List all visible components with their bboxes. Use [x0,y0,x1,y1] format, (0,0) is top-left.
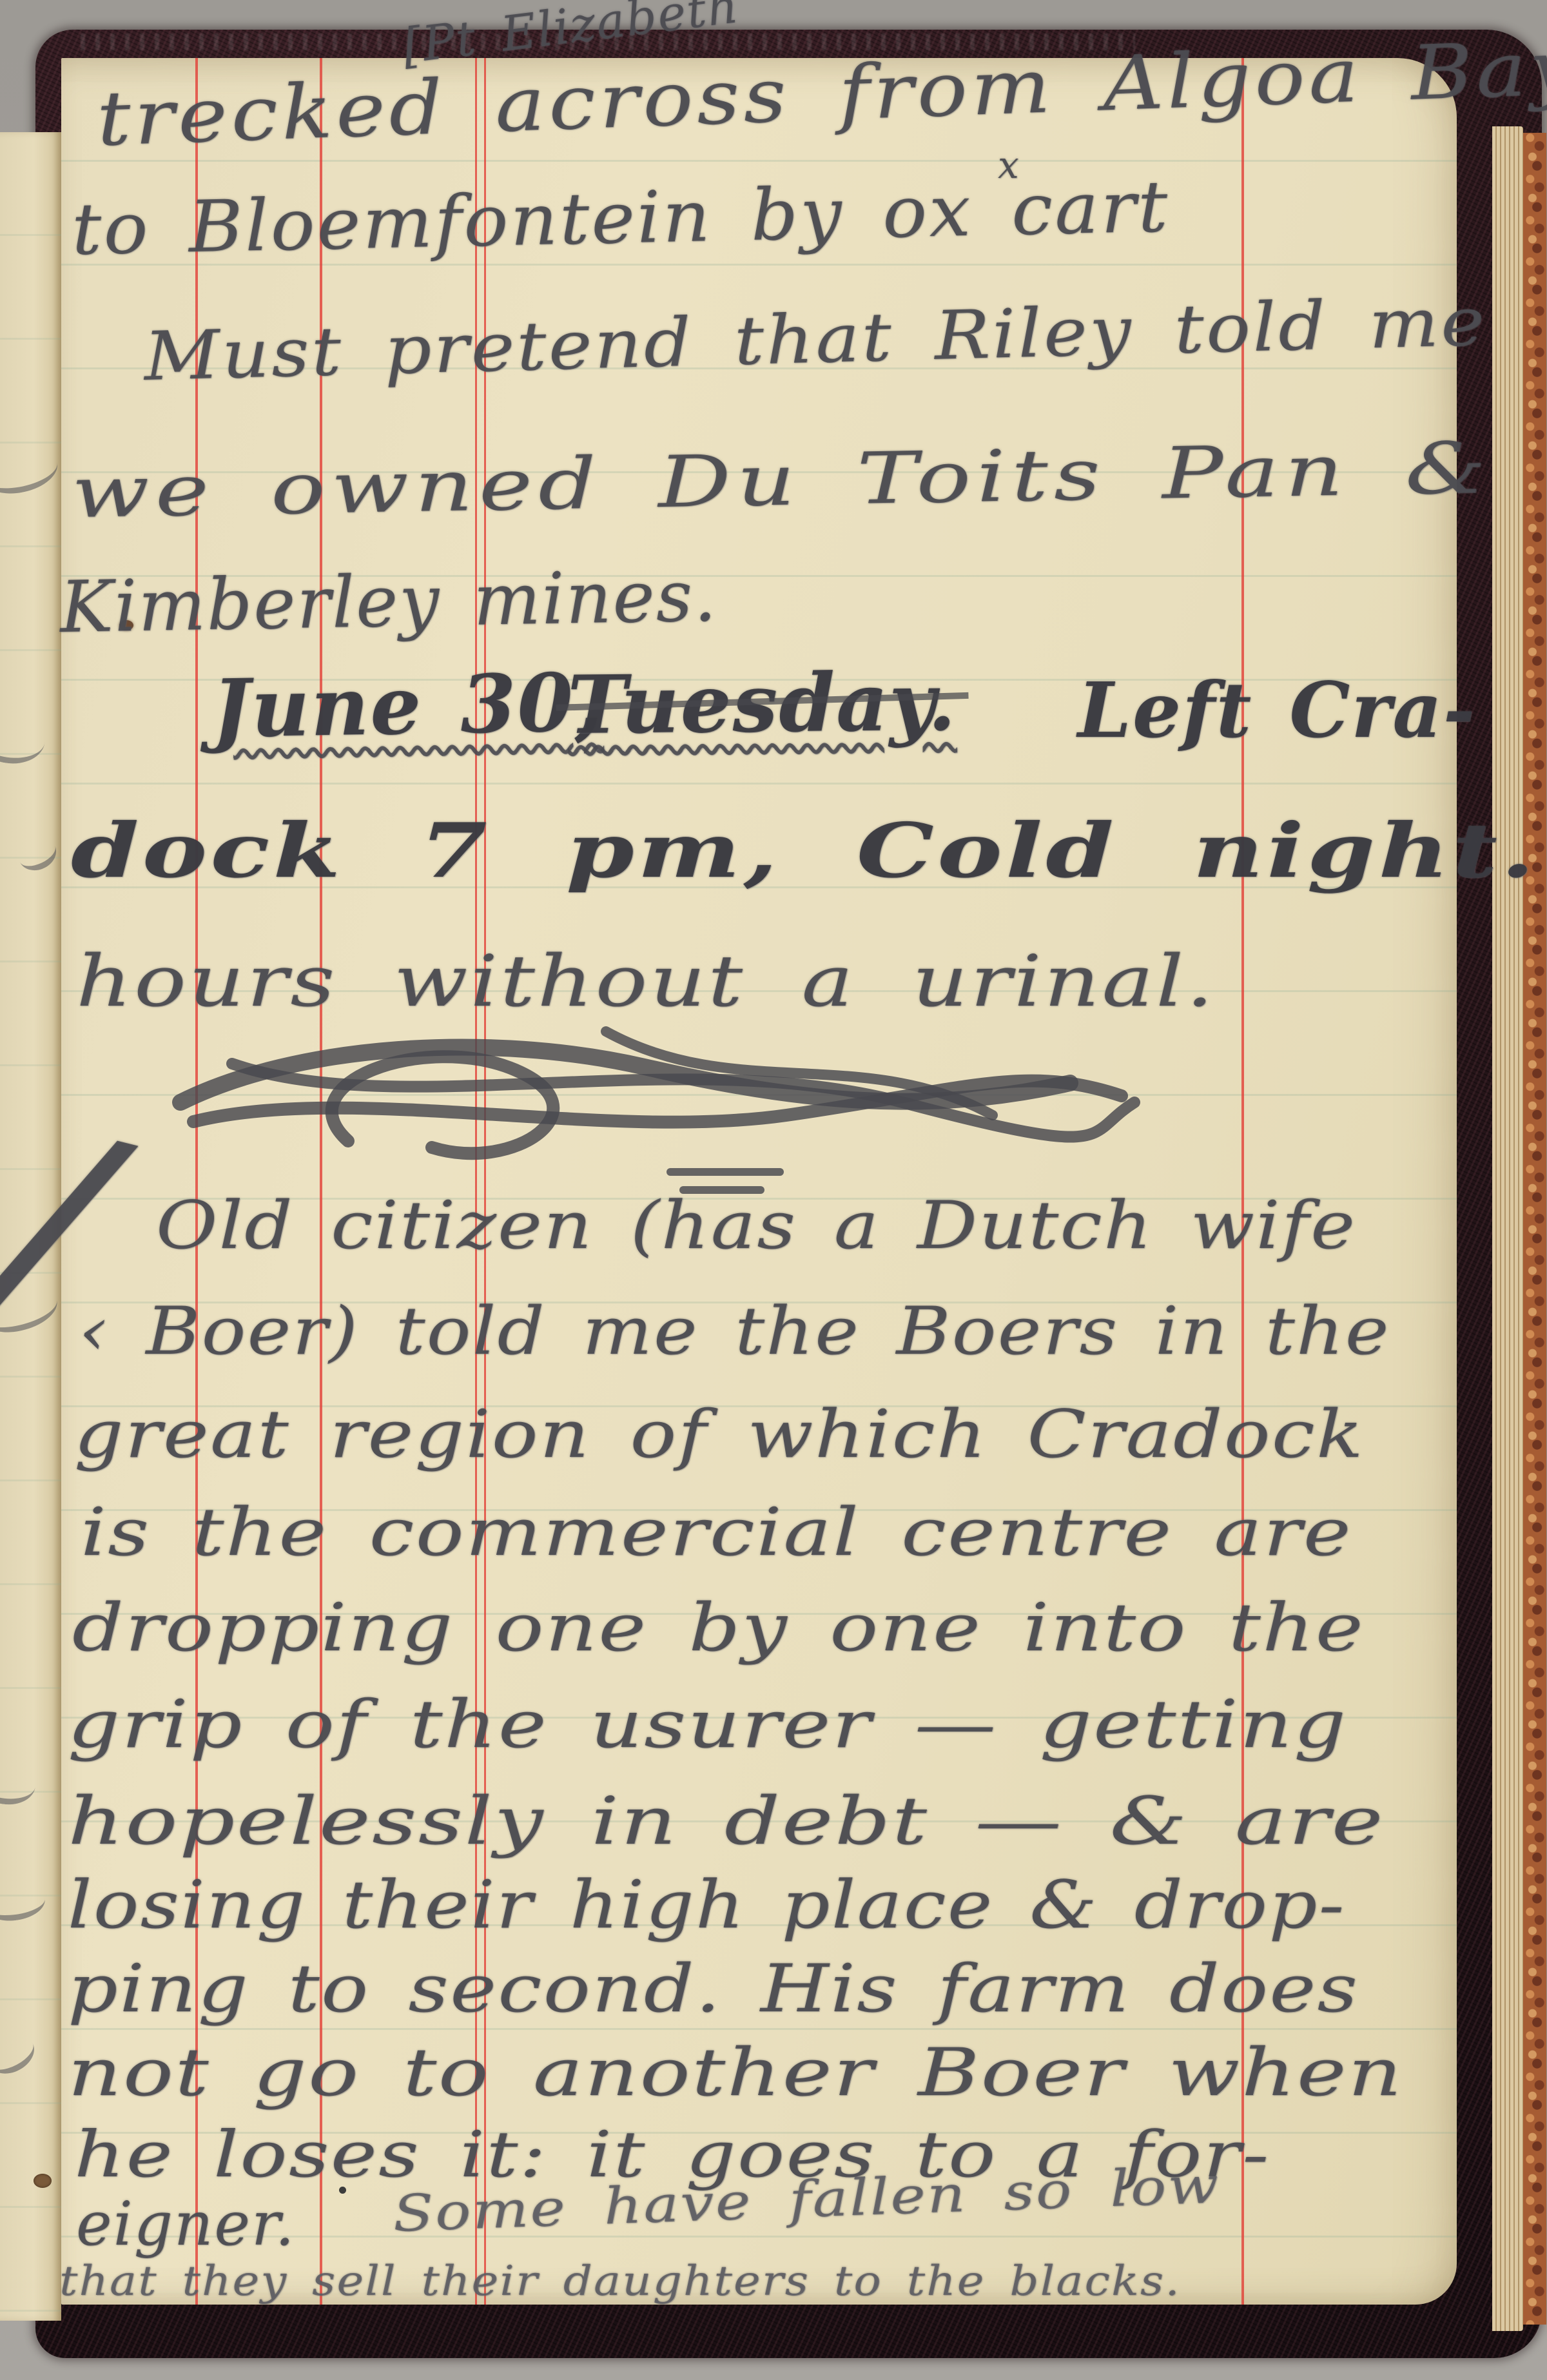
handwritten-line-l18: ping to second. His farm does [68,1951,1359,2027]
handwritten-line-l2: to Bloemfontein by ox cart [71,165,1171,271]
handwritten-line-l5: Kimberley mines. [59,554,718,649]
handwritten-line-l12: great region of which Cradock [74,1396,1365,1473]
handwritten-line-l7: dock 7 pm, Cold night. 10 [71,807,1547,895]
handwritten-line-l17: losing their high place & drop- [68,1867,1346,1944]
handwritten-line-l13: is the commercial centre are [81,1494,1352,1571]
handwritten-line-l6a2: Tuesday. [567,656,957,752]
scratched-out-line [155,1006,1173,1199]
handwritten-line-l4: we owned Du Toits Pan & [71,427,1492,534]
handwritten-line-l15: grip of the usurer — getting [68,1686,1347,1763]
handwritten-line-l6a1: June 30, [211,656,604,756]
scanned-notebook-page: [Pt Elizabethtrecked across from Algoa B… [0,0,1547,2380]
handwritten-line-l1: trecked across from Algoa Bay [95,24,1547,163]
handwritten-line-l3: Must pretend that Riley told me [143,282,1488,395]
handwritten-line-l19: not go to another Boer when [68,2034,1403,2111]
handwritten-line-l21a: eigner. [76,2189,296,2259]
handwritten-line-l16: hopelessly in debt — & are [68,1783,1385,1860]
handwritten-line-l14: dropping one by one into the [72,1590,1365,1666]
handwritten-line-l22: that they sell their daughters to the bl… [59,2258,1181,2305]
handwritten-line-l11: ‹ Boer) told me the Boers in the [79,1293,1390,1370]
handwritten-line-l6b: Left Cra- [1078,665,1476,755]
